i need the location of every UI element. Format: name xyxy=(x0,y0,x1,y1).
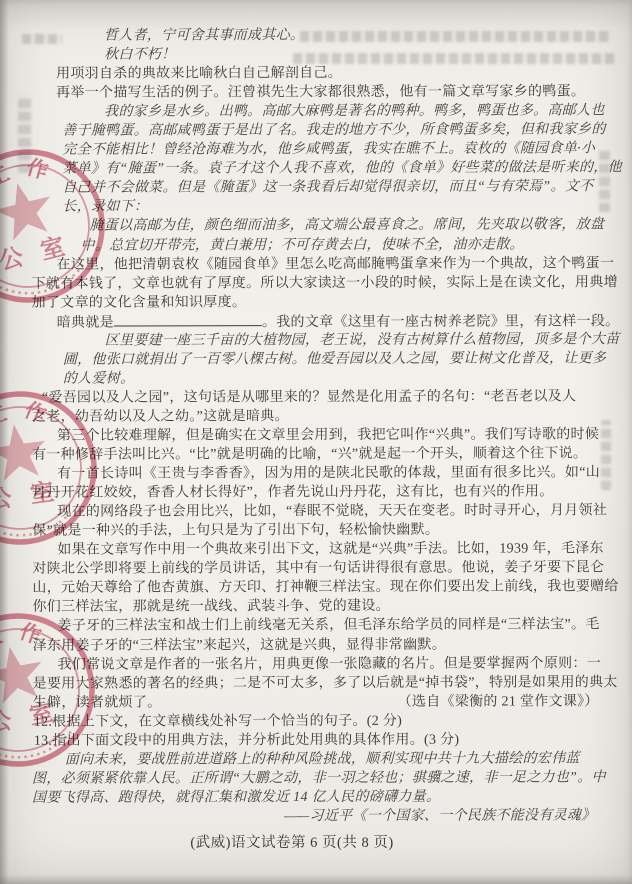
text-line: 腌蛋以高邮为佳，颜色细而油多，高文端公最喜食之。席间，先夹取以敬客，放盘 xyxy=(0,216,632,237)
text-line: 图，必须紧紧依靠人民。正所谓“大鹏之动，非一羽之轻也；骐骥之速，非一足之力也”。… xyxy=(1,768,632,789)
text-line: 生僻，读者就烦了。（选自《梁衡的 21 堂作文课》） xyxy=(1,692,632,713)
text-line: 长，录如下： xyxy=(0,197,631,218)
text-line: 如果在文章写作中用一个典故来引出下文，这就是“兴典”手法。比如，1939 年，毛… xyxy=(0,539,632,560)
text-line: ——习近平《一个国家、一个民族不能没有灵魂》 xyxy=(1,806,632,827)
text-line: 在这里，他把清朝袁枚《随园食单》里怎么吃高邮腌鸭蛋拿来作为一个典故，这个鸭蛋一 xyxy=(0,254,632,275)
text-line: 面向未来，要战胜前进道路上的种种风险挑战，顺利实现中共十九大描绘的宏伟蓝 xyxy=(1,749,632,770)
text-line: 菜单》有“腌蛋”一条。袁子才这个人我不喜欢，他的《食单》好些菜的做法是听来的，他 xyxy=(0,159,631,180)
scanned-exam-page: 哲人者，宁可舍其事而成其心。秋白不朽！用项羽自杀的典故来比喻秋白自己解剖自己。再… xyxy=(0,0,632,884)
text-line: 我的家乡是水乡。出鸭。高邮大麻鸭是著名的鸭种。鸭多，鸭蛋也多。高邮人也 xyxy=(0,101,631,122)
text-line: 下就有本钱了，文章也就有了厚度。所以大家读这一小段的时候，实际上是在读文化，用典… xyxy=(0,273,632,294)
text-line: 第三个比较难理解，但是确实在文章里会用到，我把它叫作“兴典”。我们写诗歌的时候 xyxy=(0,425,632,446)
text-line: 对陕北公学即将要上前线的学员讲话，其中有一句话讲得很有意思。他说，姜子牙要下昆仑 xyxy=(0,558,632,579)
text-line: 中。总宜切开带壳，黄白兼用；不可存黄去白，使味不全，油亦走散。 xyxy=(0,235,632,256)
text-line: 保”就是一种兴的手法，上句只是为了引出下句，轻松愉快幽默。 xyxy=(0,520,632,541)
text-line: 泽东用姜子牙的“三样法宝”来起兴，这就是兴典，显得非常幽默。 xyxy=(1,635,632,656)
text-line: 哲人者，宁可舍其事而成其心。 xyxy=(0,25,631,46)
text-line: 区里要建一座三千亩的大植物园，老王说，没有古树算什么植物园，顶多是个大苗 xyxy=(0,330,632,351)
text-line: 善于腌鸭蛋。高邮咸鸭蛋于是出了名。我走的地方不少，所食鸭蛋多矣，但和我家乡的 xyxy=(0,120,631,141)
text-line: 有一首长诗叫《王贵与李香香》，因为用的是陕北民歌的体裁，里面有很多比兴。如“山 xyxy=(0,463,632,484)
text-line: “爱吾园以及人之园”，这句话是从哪里来的？显然是化用孟子的名句：“老吾老以及人 xyxy=(0,387,632,408)
text-line: 现在的网络段子也会用比兴，比如，“春眠不觉晓，天天在变老。时时寻开心，月月领社 xyxy=(0,501,632,522)
source-citation: （选自《梁衡的 21 堂作文课》） xyxy=(398,692,599,712)
fill-in-blank-line xyxy=(114,312,262,326)
text-line: 丹丹开花红姣姣，香香人材长得好”，作者先说山丹丹花，这有比，也有兴的作用。 xyxy=(0,482,632,503)
text-line: 之老，幼吾幼以及人之幼。”这就是暗典。 xyxy=(0,406,632,427)
text-line: 的人爱树。 xyxy=(0,368,632,389)
text-line: 你们三样法宝，那就是统一战线、武装斗争、党的建设。 xyxy=(0,597,632,618)
text-line: 12.根据上下文，在文章横线处补写一个恰当的句子。(2 分) xyxy=(1,711,632,732)
text-line: 姜子牙的三样法宝和战士们上前线毫无关系，但毛泽东给学员的同样是“三样法宝”。毛 xyxy=(0,616,632,637)
text-line: 自己并不会做菜。但是《腌蛋》这一条我看后却觉得很亲切，而且“与有荣焉”。文不 xyxy=(0,178,631,199)
text-line: 我们常说文章是作者的一张名片，用典更像一张隐藏的名片。但是要掌握两个原则：一 xyxy=(1,654,632,675)
text-line: 13.指出下面文段中的用典方法，并分析此处用典的具体作用。(3 分) xyxy=(1,730,632,751)
text-line: 有一种修辞手法叫比兴。“比”就是明确的比喻，“兴”就是起一个开头，顺着这个往下说… xyxy=(0,444,632,465)
text-line: 国要飞得高、跑得快，就得汇集和激发近 14 亿人民的磅礴力量。 xyxy=(1,787,632,808)
text-line: 圃，他张口就捐出了一百零八棵古树。他爱吾园以及人之园，要让树文化普及，让更多 xyxy=(0,349,632,370)
text-line: 是要用大家熟悉的著名的经典；二是不可太多，多了以后就是“掉书袋”，特别是如果用的… xyxy=(1,673,632,694)
text-line: 再举一个描写生活的例子。汪曾祺先生大家都很熟悉，他有一篇文章写家乡的鸭蛋。 xyxy=(0,82,631,103)
text-line: 加了文章的文化含量和知识厚度。 xyxy=(0,292,632,313)
text-line: 完全不能相比！曾经沧海难为水，他乡咸鸭蛋，我实在瞧不上。袁枚的《随园食单·小 xyxy=(0,139,631,160)
scan-edge-shadow-bottom xyxy=(0,874,632,884)
text-line: 秋白不朽！ xyxy=(0,44,631,65)
text-line: 用项羽自杀的典故来比喻秋白自己解剖自己。 xyxy=(0,63,631,84)
text-line: 山，元始天尊给了他杏黄旗、方天印、打神鞭三样法宝。现在你们要出发上前线，我也要赠… xyxy=(0,578,632,599)
page-footer: (武威)语文试卷第 6 页(共 8 页) xyxy=(0,831,584,852)
document-text: 哲人者，宁可舍其事而成其心。秋白不朽！用项羽自杀的典故来比喻秋白自己解剖自己。再… xyxy=(0,25,632,827)
text-line: 暗典就是。我的文章《这里有一座古树养老院》里，有这样一段。 xyxy=(0,311,632,332)
